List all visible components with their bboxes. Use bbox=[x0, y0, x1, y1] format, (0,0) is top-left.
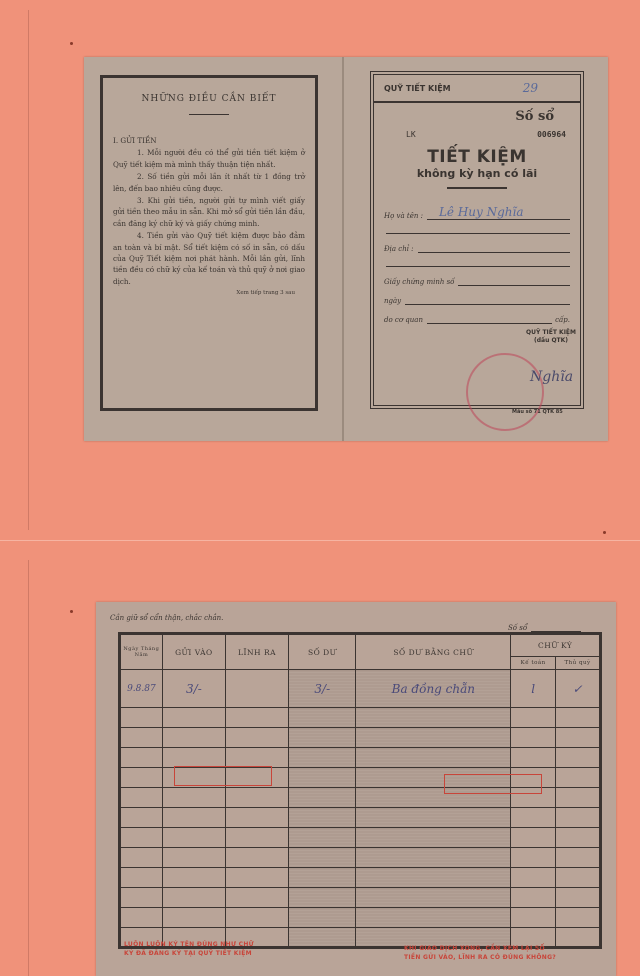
envelope-flap-edge bbox=[28, 560, 29, 976]
ledger-caption: Cần giữ sổ cẩn thận, chắc chắn. bbox=[110, 614, 223, 622]
blank-line bbox=[386, 220, 570, 234]
paper-speck bbox=[70, 42, 73, 45]
continue-note: Xem tiếp trang 3 sau bbox=[113, 290, 305, 296]
table-row bbox=[120, 728, 601, 748]
field-label: Họ và tên : bbox=[384, 212, 423, 220]
column-header-withdrawal: LĨNH RA bbox=[225, 634, 288, 670]
cell-balance-words: Ba đồng chẵn bbox=[356, 670, 511, 708]
fund-name: QUỸ TIẾT KIỆM bbox=[384, 84, 451, 93]
cell-balance: 3/- bbox=[289, 670, 356, 708]
stamp-caption: QUỸ TIẾT KIỆM (dấu QTK) bbox=[526, 329, 576, 345]
official-stamp-icon bbox=[466, 353, 544, 431]
cell-cashier: ✓ bbox=[556, 670, 601, 708]
form-code: Mẫu số 71 QTK 85 bbox=[512, 409, 563, 415]
red-marker-box bbox=[444, 774, 542, 794]
book-subtitle: không kỳ hạn có lãi bbox=[374, 167, 580, 180]
book-number-label: Số sổ bbox=[508, 624, 527, 632]
field-tail: cấp. bbox=[555, 316, 570, 324]
table-row bbox=[120, 888, 601, 908]
id-card-field: Giấy chứng minh số bbox=[384, 267, 570, 286]
paper-speck bbox=[70, 610, 73, 613]
table-row bbox=[120, 908, 601, 928]
issuing-agency-field: do cơ quan cấp. bbox=[384, 305, 570, 324]
address-field: Địa chỉ : bbox=[384, 234, 570, 253]
instructions-page: NHỮNG ĐIỀU CẦN BIẾT I. GỬI TIỀN 1. Mỗi n… bbox=[100, 75, 318, 411]
envelope-fold-line bbox=[0, 540, 640, 541]
signature-warning: LUÔN LUÔN KÝ TÊN ĐÚNG NHƯ CHỮ KÝ ĐÃ ĐĂNG… bbox=[124, 940, 254, 958]
column-header-signature: CHỮ KÝ bbox=[511, 634, 601, 657]
cover-page: QUỸ TIẾT KIỆM 29 Số sổ LK 006964 TIẾT KI… bbox=[370, 71, 584, 409]
column-header-deposit: GỬI VÀO bbox=[162, 634, 225, 670]
table-row: 9.8.87 3/- 3/- Ba đồng chẵn l ✓ bbox=[120, 670, 601, 708]
table-row bbox=[120, 748, 601, 768]
section-heading: I. GỬI TIỀN bbox=[113, 135, 305, 146]
field-label: Giấy chứng minh số bbox=[384, 278, 454, 286]
fund-header: QUỸ TIẾT KIỆM 29 bbox=[374, 75, 580, 103]
ledger-book-number: Số sổ bbox=[508, 624, 581, 632]
book-title: TIẾT KIỆM bbox=[374, 147, 580, 167]
savings-book-cover: NHỮNG ĐIỀU CẦN BIẾT I. GỬI TIỀN 1. Mỗi n… bbox=[84, 57, 608, 441]
holder-name-field: Họ và tên : Lê Huy Nghĩa bbox=[384, 201, 570, 220]
book-number-label: Số sổ bbox=[374, 109, 554, 124]
stamp-label: QUỸ TIẾT KIỆM bbox=[526, 329, 576, 337]
cell-withdrawal bbox=[225, 670, 288, 708]
column-header-cashier: Thủ quỹ bbox=[556, 657, 601, 670]
blank-line bbox=[386, 253, 570, 267]
table-row bbox=[120, 708, 601, 728]
stamp-sublabel: (dấu QTK) bbox=[526, 337, 576, 345]
fund-number: 29 bbox=[523, 81, 538, 95]
holder-name-value: Lê Huy Nghĩa bbox=[439, 205, 524, 219]
column-header-accountant: Kế toán bbox=[511, 657, 556, 670]
table-row bbox=[120, 848, 601, 868]
instruction-item: 1. Mỗi người đều có thể gửi tiền tiết ki… bbox=[113, 147, 305, 170]
envelope-flap-edge bbox=[28, 10, 29, 530]
instruction-item: 3. Khi gửi tiền, người gửi tự mình viết … bbox=[113, 195, 305, 229]
serial-number: 006964 bbox=[537, 130, 566, 139]
table-row bbox=[120, 868, 601, 888]
column-header-date: Ngày Tháng Năm bbox=[120, 634, 163, 670]
serial-row: LK 006964 bbox=[374, 130, 580, 139]
instructions-body: I. GỬI TIỀN 1. Mỗi người đều có thể gửi … bbox=[113, 135, 305, 287]
cell-deposit: 3/- bbox=[162, 670, 225, 708]
field-label: do cơ quan bbox=[384, 316, 423, 324]
title-rule bbox=[447, 187, 507, 189]
savings-book-ledger: Cần giữ sổ cẩn thận, chắc chắn. Số sổ Ng… bbox=[96, 602, 616, 976]
column-header-balance: SỐ DƯ bbox=[289, 634, 356, 670]
table-row bbox=[120, 828, 601, 848]
table-row bbox=[120, 808, 601, 828]
red-marker-box bbox=[174, 766, 272, 786]
issue-date-field: ngày bbox=[384, 286, 570, 305]
instructions-title: NHỮNG ĐIỀU CẦN BIẾT bbox=[113, 94, 305, 104]
signature: Nghĩa bbox=[530, 369, 573, 385]
field-label: Địa chỉ : bbox=[384, 245, 414, 253]
instruction-item: 4. Tiền gửi vào Quỹ tiết kiệm được bảo đ… bbox=[113, 230, 305, 287]
title-rule bbox=[189, 114, 229, 115]
paper-speck bbox=[603, 531, 606, 534]
cell-date: 9.8.87 bbox=[120, 670, 163, 708]
series-code: LK bbox=[406, 130, 416, 139]
cell-accountant: l bbox=[511, 670, 556, 708]
instruction-item: 2. Số tiền gửi mỗi lần ít nhất từ 1 đồng… bbox=[113, 171, 305, 194]
field-label: ngày bbox=[384, 297, 401, 305]
column-header-balance-words: SỐ DƯ BẰNG CHỮ bbox=[356, 634, 511, 670]
booklet-spine bbox=[342, 57, 344, 441]
verify-warning: KHI GIAO DỊCH XONG, CẦN XEM LẠI SỐ TIỀN … bbox=[404, 944, 556, 962]
